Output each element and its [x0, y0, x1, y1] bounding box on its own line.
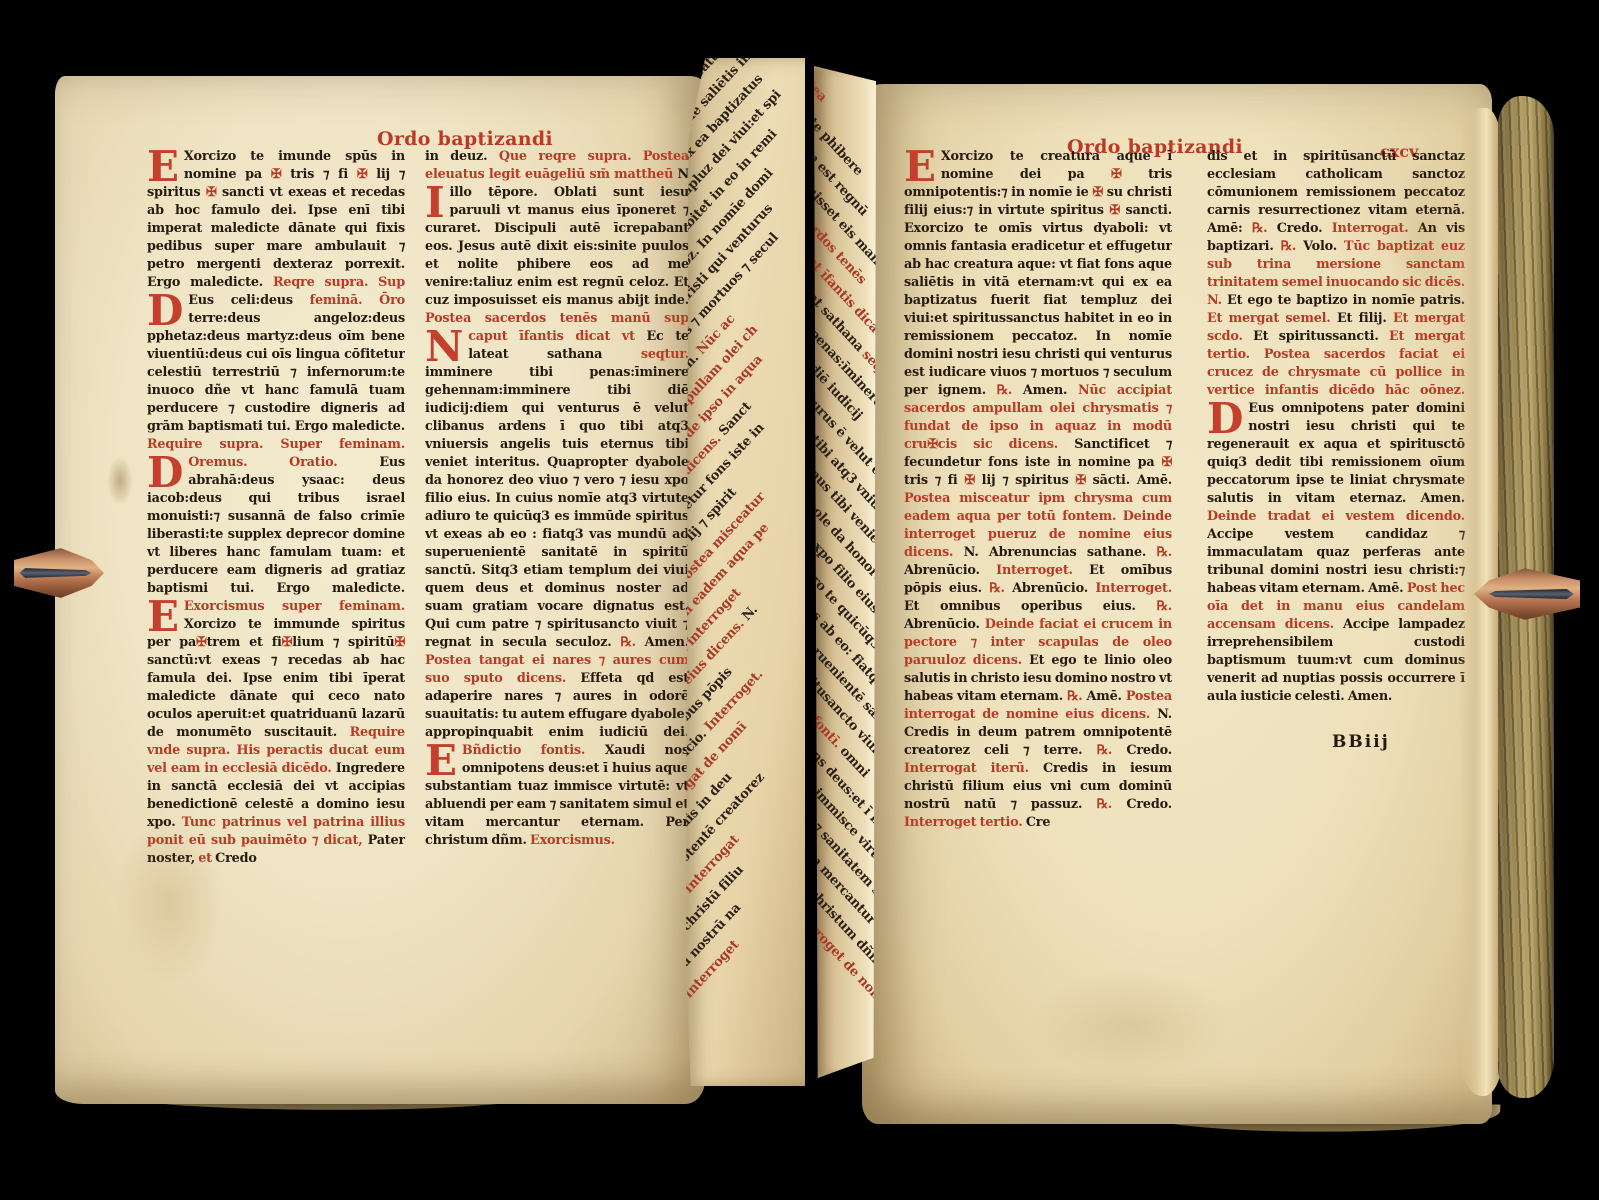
body-text: Amen. [1023, 383, 1078, 398]
running-title-left: Ordo baptizandi [377, 128, 553, 150]
body-text: Et ego te baptizo in nomīe patris. [1227, 293, 1465, 308]
illuminated-initial: N [425, 328, 468, 364]
rubric-text: Exorcismus super feminam. [184, 599, 405, 614]
clasp-left-icon [14, 546, 104, 600]
rubric-text: ✠ [206, 185, 217, 200]
turning-leaf-verso: Posteanolite phibereenim est regnūposuis… [814, 66, 876, 1078]
illuminated-initial: D [1207, 400, 1248, 436]
left-page: Ordo baptizandi EXorcizo te imunde spūs … [55, 76, 705, 1104]
rubric-text: ℞. [989, 581, 1012, 596]
rubric-text: Interroget. [1095, 581, 1172, 596]
rubric-text: ℞. [1067, 689, 1087, 704]
rubric-text: feminā. Ōro [310, 293, 405, 308]
left-page-column-2: in deuz. Que reqre supra. Postea eleuatu… [425, 148, 689, 918]
rubric-text: Et mergat semel. [1207, 311, 1337, 326]
illuminated-initial: D [147, 292, 188, 328]
body-text: N. Abrenuncias sathane. [964, 545, 1157, 560]
rubric-text: et [198, 851, 215, 866]
rubric-text: ✠ [1075, 473, 1086, 488]
rubric-text: Interroget tertio. [904, 815, 1026, 830]
rubric-text: ✠ [1109, 203, 1120, 218]
body-text: Et filij. [1337, 311, 1393, 326]
book-photograph: Ordo baptizandi EXorcizo te imunde spūs … [0, 0, 1599, 1200]
body-text: lium ⁊ spiritū [292, 635, 394, 650]
right-page-column-2: dis et in spiritūsanctū sanctaz ecclesia… [1207, 148, 1465, 788]
decorative-stain [107, 456, 133, 506]
rubric-text: ✠ [964, 473, 975, 488]
rubric-text: ✠ [1111, 167, 1122, 182]
body-text: Et omnibus operibus eius. [904, 599, 1156, 614]
right-page-column-1: EXorcizo te creatura aque ī nomine dei p… [904, 148, 1172, 940]
rubric-text: seqtur. [641, 347, 689, 362]
body-text: trem et fi [207, 635, 282, 650]
body-text: Credo. [1126, 797, 1172, 812]
rubric-text: ✠ [357, 167, 368, 182]
rubric-text: ℞. [620, 635, 644, 650]
body-text: Et spiritussancti. [1253, 329, 1389, 344]
rubric-text: ✠ [394, 635, 405, 650]
illuminated-initial: I [425, 184, 449, 220]
body-text: tris ⁊ fi [904, 473, 964, 488]
body-text: Credo [215, 851, 257, 866]
rubric-text: Tunc patrinus vel patrina illius ponit e… [147, 815, 405, 848]
illuminated-initial: E [147, 148, 184, 184]
left-page-column-1: EXorcizo te imunde spūs in nomine pa ✠ t… [147, 148, 405, 918]
rubric-text: ✠ [282, 635, 293, 650]
clasp-right-icon [1474, 566, 1580, 622]
body-text: Credo. [1126, 743, 1172, 758]
rubric-text: Interrogat. [1332, 221, 1418, 236]
body-text: imminere tibi penas:īminere gehennam:imm… [425, 365, 689, 650]
quire-signature: BBiij [1332, 732, 1390, 752]
turning-leaf-recto: nis virtus dyabofantasia eradicetab hac … [686, 58, 806, 1086]
illuminated-initial: E [425, 742, 462, 778]
rubric-text: Interroget. [996, 563, 1089, 578]
right-page: Ordo baptizandi cxcv EXorcizo te creatur… [862, 84, 1492, 1124]
photo-split-divider [805, 0, 814, 1200]
body-text: Cre [1026, 815, 1050, 830]
body-text: Credo. [1277, 221, 1332, 236]
rubric-text: Postea [814, 66, 829, 105]
body-text: Amen. [645, 635, 689, 650]
rubric-text: Exorcismus. [530, 833, 615, 848]
rubric-text: ℞. [1156, 545, 1172, 560]
rubric-text: ✠ [196, 635, 207, 650]
illuminated-initial: D [147, 454, 188, 490]
rubric-text: ✠ [271, 167, 282, 182]
body-text: terre:deus angeloz:deus pphetaz:deus mar… [147, 311, 405, 434]
rubric-text: Reqre supra. Sup [273, 275, 405, 290]
body-text: sancti. Exorcizo te omīs virtus dyaboli:… [904, 203, 1172, 398]
rubric-text: ℞. [997, 383, 1023, 398]
rubric-text: ℞. [1156, 599, 1172, 614]
body-text: lij ⁊ spiritus [975, 473, 1075, 488]
body-text: Volo. [1303, 239, 1344, 254]
body-text: in deuz. [425, 149, 499, 164]
body-text: Abrenūcio. [904, 617, 985, 632]
body-text: Eus celi:deus [188, 293, 309, 308]
illuminated-initial: E [147, 598, 184, 634]
rubric-text: Deinde tradat ei vestem dicendo. [1207, 509, 1465, 524]
rubric-text: ✠ [1161, 455, 1172, 470]
body-text: N illo tēpore. Oblati sunt iesu paruuli … [425, 167, 689, 308]
rubric-text: ℞. [1097, 743, 1127, 758]
body-text: tris ⁊ fi [281, 167, 356, 182]
body-text: Abrenūcio. [904, 563, 996, 578]
rubric-text: ℞. [1281, 239, 1304, 254]
illuminated-initial: E [904, 148, 941, 184]
rubric-text: ✠ [1092, 185, 1103, 200]
rubric-text: Interrogat iterū. [904, 761, 1043, 776]
rubric-text: Bñdictio fontis. [462, 743, 605, 758]
body-text: sācti. Amē. [1086, 473, 1172, 488]
rubric-text: ℞. [1097, 797, 1127, 812]
rubric-text: ℞. [1252, 221, 1277, 236]
body-text: Amē. [1087, 689, 1126, 704]
body-text: Abrenūcio. [1012, 581, 1095, 596]
